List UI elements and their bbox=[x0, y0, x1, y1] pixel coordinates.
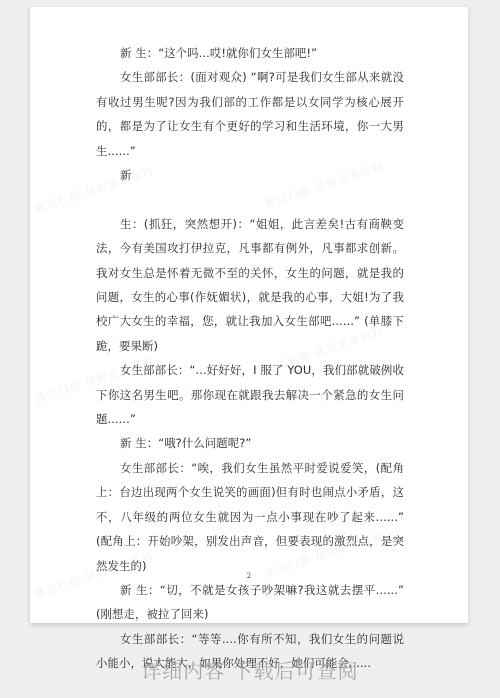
document-body: 新 生：“这个吗...哎!就你们女生部吧!” 女生部部长：(面对观众) “啊?可… bbox=[96, 41, 404, 676]
paragraph: 新 生：“这个吗...哎!就你们女生部吧!” bbox=[96, 41, 404, 65]
document-page: 微信扫描·获取更多资料 微信扫描·获取更多资料 微信扫描·获取更多资料 微信扫描… bbox=[30, 7, 468, 623]
download-hint-text: 详细内容 下载后可查阅 bbox=[0, 655, 500, 684]
blank-line bbox=[96, 187, 404, 211]
page-number: 2 bbox=[30, 572, 468, 580]
paragraph: 女生部部长：“...好好好，I 服了 YOU，我们部就破例收下你这名男生吧。那你… bbox=[96, 358, 404, 431]
paragraph: 女生部部长：(面对观众) “啊?可是我们女生部从来就没有收过男生呢?因为我们部的… bbox=[96, 65, 404, 163]
paragraph: 新 bbox=[96, 163, 404, 187]
paragraph: 新 生：“切，不就是女孩子吵架嘛?我这就去摆平......” (刚想走，被拉了回… bbox=[96, 578, 404, 627]
paragraph: 生：(抓狂，突然想开)：“姐姐，此言差矣!古有商鞅变法，今有美国攻打伊拉克，凡事… bbox=[96, 212, 404, 358]
paragraph: 新 生：“哦?什么问题呢?” bbox=[96, 431, 404, 455]
paragraph: 女生部部长：“唉，我们女生虽然平时爱说爱笑，(配角上：台边出现两个女生说笑的画面… bbox=[96, 456, 404, 578]
